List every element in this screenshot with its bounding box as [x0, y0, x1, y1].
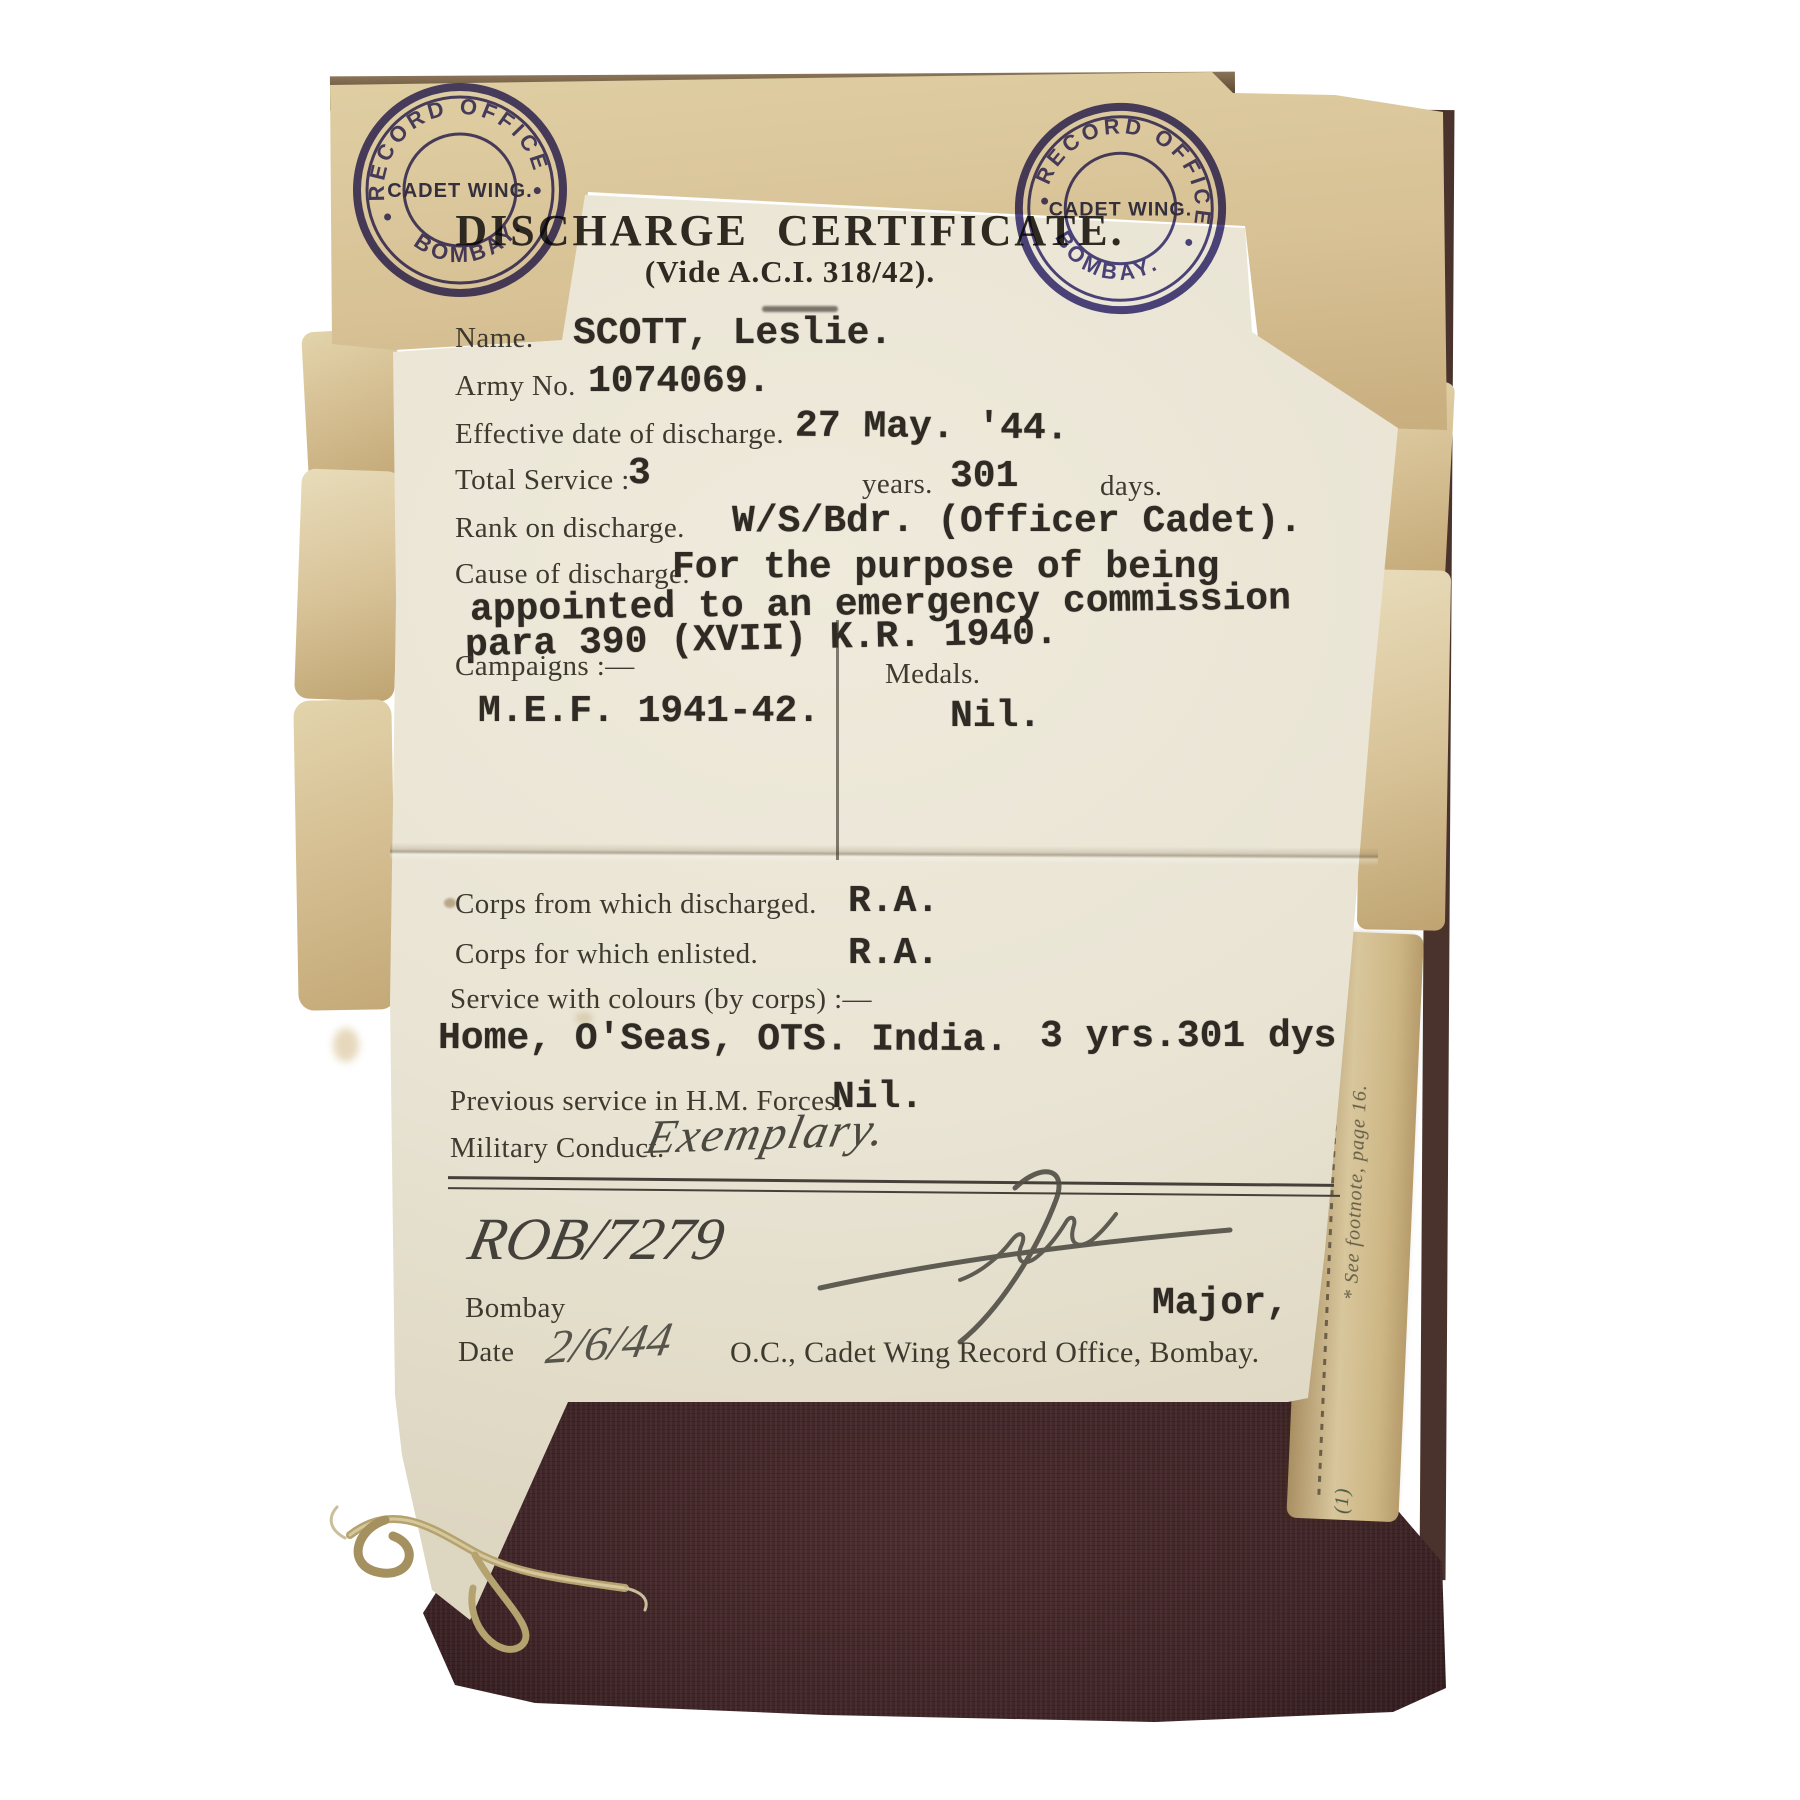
date-value-handwritten: 2/6/44: [542, 1312, 676, 1375]
army-no-label: Army No.: [455, 370, 576, 403]
army-no-value: 1074069.: [588, 360, 770, 403]
name-value: SCOTT, Leslie.: [573, 312, 892, 355]
total-service-days-value: 301: [950, 455, 1018, 498]
corps-discharged-value: R.A.: [848, 880, 939, 923]
place-label: Bombay: [465, 1292, 566, 1325]
old-page-tab: [293, 699, 396, 1011]
name-label: Name.: [455, 322, 534, 355]
page-number: (1): [1331, 1433, 1357, 1514]
total-service-years-value: 3: [628, 452, 651, 495]
twine-string: [325, 1460, 655, 1670]
total-service-label: Total Service :: [455, 464, 630, 497]
corps-enlisted-label: Corps for which enlisted.: [455, 938, 758, 971]
signer-title: O.C., Cadet Wing Record Office, Bombay.: [730, 1336, 1260, 1370]
service-duration-value: 3 yrs.301 dys: [1040, 1015, 1336, 1058]
stamp-center-label: CADET WING.: [1049, 198, 1192, 220]
campaigns-value: M.E.F. 1941-42.: [478, 690, 820, 733]
stain: [333, 1028, 359, 1062]
reference-number-handwritten: ROB/7279: [463, 1205, 731, 1274]
old-page-tab: [294, 468, 402, 701]
discharge-certificate-photo: * See footnote, page 16. (1) DISCHARGE C…: [0, 0, 1800, 1800]
military-conduct-label: Military Conduct.: [450, 1132, 665, 1165]
old-page-tab: [301, 328, 404, 483]
corps-discharged-label: Corps from which discharged.: [455, 888, 817, 921]
medals-label: Medals.: [885, 658, 980, 691]
service-with-colours-label: Service with colours (by corps) :—: [450, 983, 872, 1016]
effective-date-value: 27 May. '44.: [795, 405, 1069, 451]
days-label: days.: [1100, 470, 1162, 503]
military-conduct-value-handwritten: Exemplary.: [641, 1102, 892, 1165]
date-label: Date: [458, 1336, 514, 1369]
signer-rank: Major,: [1152, 1282, 1289, 1325]
corps-enlisted-value: R.A.: [848, 932, 939, 975]
stamp-center-label: CADET WING.: [387, 180, 532, 202]
campaigns-label: Campaigns :—: [455, 650, 635, 683]
service-with-colours-value: Home, O'Seas, OTS. India.: [438, 1017, 1008, 1062]
campaigns-medals-divider: [836, 620, 839, 860]
years-label: years.: [862, 468, 933, 501]
rank-label: Rank on discharge.: [455, 512, 685, 545]
effective-date-label: Effective date of discharge.: [455, 418, 784, 451]
medals-value: Nil.: [950, 695, 1041, 738]
record-office-stamp-right: RECORD OFFICE BOMBAY. CADET WING.: [1010, 98, 1232, 320]
record-office-stamp-left: RECORD OFFICE BOMBAY. CADET WING.: [348, 78, 573, 303]
rank-value: W/S/Bdr. (Officer Cadet).: [732, 500, 1302, 543]
